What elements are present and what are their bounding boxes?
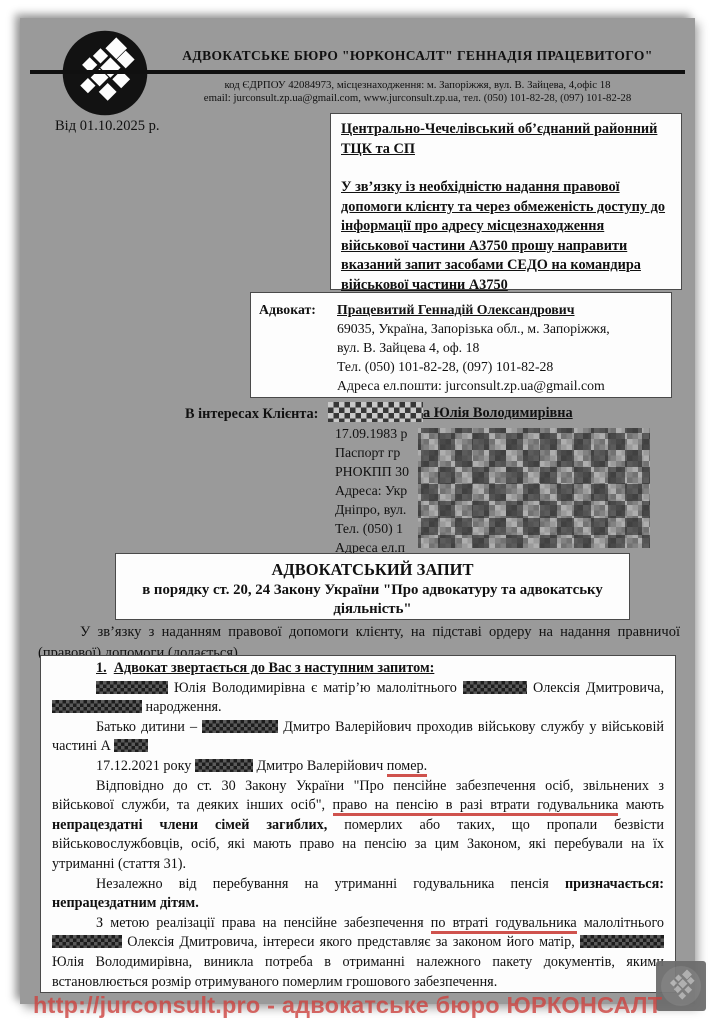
bureau-info-line2: email: jurconsult.zp.ua@gmail.com, www.j… (150, 92, 685, 105)
paragraph-text: Олексія Дмитровича, (533, 680, 664, 696)
redaction-block (463, 681, 527, 694)
bold-text: непрацездатні члени сімей загиблих, (52, 817, 327, 833)
redaction-block (202, 720, 278, 733)
request-heading-text: Адвокат звертається до Вас з наступним з… (114, 660, 435, 676)
paragraph-text: 17.12.2021 року (96, 758, 191, 774)
client-name: а Юлія Володимирівна (423, 405, 573, 421)
screenshot-canvas: АДВОКАТСЬКЕ БЮРО "ЮРКОНСАЛТ" ГЕННАДІЯ ПР… (0, 0, 711, 1024)
advocate-email: Адреса ел.пошти: jurconsult.zp.ua@gmail.… (337, 376, 610, 395)
advocate-phone: Тел. (050) 101-82-28, (097) 101-82-28 (337, 357, 610, 376)
document-subtitle: в порядку ст. 20, 24 Закону України "Про… (116, 581, 629, 619)
redaction-block (52, 935, 122, 948)
request-box: 1. Адвокат звертається до Вас з наступни… (40, 655, 676, 993)
request-heading: 1. Адвокат звертається до Вас з наступни… (52, 659, 664, 679)
bureau-title: АДВОКАТСЬКЕ БЮРО "ЮРКОНСАЛТ" ГЕННАДІЯ ПР… (150, 48, 685, 64)
red-underlined-text: право на пенсію в разі втрати годувальни… (333, 797, 619, 816)
addressee-gap (341, 159, 671, 178)
client-label: В інтересах Клієнта: (185, 406, 318, 423)
addressee-box: Центрально-Чечелівський об’єднаний район… (330, 113, 682, 290)
footer-watermark-url: http://jurconsult.pro - адвокатське бюро… (33, 992, 711, 1019)
paragraph-text: Юлія Володимирівна є матір’ю малолітньог… (174, 680, 457, 696)
addressee-name: Центрально-Чечелівський об’єднаний район… (341, 120, 671, 159)
client-tax-id: РНОКПП 30 (335, 462, 409, 481)
request-paragraph-1: Юлія Володимирівна є матір’ю малолітньог… (52, 679, 664, 718)
redaction-block (96, 681, 168, 694)
red-underlined-text: помер. (387, 758, 427, 777)
paragraph-text: народження. (146, 699, 222, 715)
request-heading-number: 1. (96, 660, 107, 676)
header-divider (30, 70, 685, 74)
advocate-address-line2: вул. В. Зайцева 4, оф. 18 (337, 338, 610, 357)
client-birthdate: 17.09.1983 р (335, 424, 409, 443)
scanned-letter-page: АДВОКАТСЬКЕ БЮРО "ЮРКОНСАЛТ" ГЕННАДІЯ ПР… (20, 18, 695, 1004)
client-passport: Паспорт гр (335, 443, 409, 462)
document-title: АДВОКАТСЬКИЙ ЗАПИТ (116, 559, 629, 581)
redaction-block (328, 402, 423, 422)
redaction-block (580, 935, 664, 948)
advocate-box: Адвокат: Працевитий Геннадій Олександров… (250, 292, 672, 398)
redaction-block (114, 739, 148, 752)
bureau-info-line1: код ЄДРПОУ 42084973, місцезнаходження: м… (150, 79, 685, 92)
client-address-line1: Адреса: Укр (335, 481, 409, 500)
advocate-label: Адвокат: (259, 300, 337, 390)
advocate-address-line1: 69035, Україна, Запорізька обл., м. Запо… (337, 319, 610, 338)
request-paragraph-6: З метою реалізації права на пенсійне заб… (52, 914, 664, 992)
paragraph-text: Юлія Володимирівна, виникла потреба в от… (52, 954, 664, 990)
paragraph-text: Олексія Дмитровича, інтереси якого предс… (127, 934, 575, 950)
redaction-block (52, 700, 142, 713)
paragraph-text: З метою реалізації права на пенсійне заб… (96, 915, 424, 931)
client-details: 17.09.1983 р Паспорт гр РНОКПП 30 Адреса… (335, 424, 409, 557)
red-underlined-text: по втраті годувальника (431, 915, 577, 934)
client-address-line2: Дніпро, вул. (335, 500, 409, 519)
redaction-block (195, 759, 253, 772)
paragraph-text: Батько дитини – (96, 719, 197, 735)
request-paragraph-3: 17.12.2021 року Дмитро Валерійович помер… (52, 757, 664, 777)
request-paragraph-5: Незалежно від перебування на утриманні г… (52, 875, 664, 914)
advocate-details: Працевитий Геннадій Олександрович 69035,… (337, 300, 610, 390)
request-paragraph-2: Батько дитини – Дмитро Валерійович прохо… (52, 718, 664, 757)
request-paragraph-4: Відповідно до ст. 30 Закону України "Про… (52, 777, 664, 875)
document-title-box: АДВОКАТСЬКИЙ ЗАПИТ в порядку ст. 20, 24 … (115, 553, 630, 620)
advocate-name: Працевитий Геннадій Олександрович (337, 300, 610, 319)
client-name-row: а Юлія Володимирівна (328, 402, 573, 422)
paragraph-text: Дмитро Валерійович (256, 758, 383, 774)
paragraph-text: Незалежно від перебування на утриманні г… (96, 876, 549, 892)
redaction-mosaic (418, 428, 650, 548)
paragraph-text: малолітнього (584, 915, 664, 931)
addressee-note: У зв’язку із необхідністю надання правов… (341, 178, 671, 295)
paragraph-text: мають (626, 797, 664, 813)
bureau-contact-info: код ЄДРПОУ 42084973, місцезнаходження: м… (150, 79, 685, 105)
document-date: Від 01.10.2025 р. (55, 118, 159, 135)
client-phone: Тел. (050) 1 (335, 519, 409, 538)
